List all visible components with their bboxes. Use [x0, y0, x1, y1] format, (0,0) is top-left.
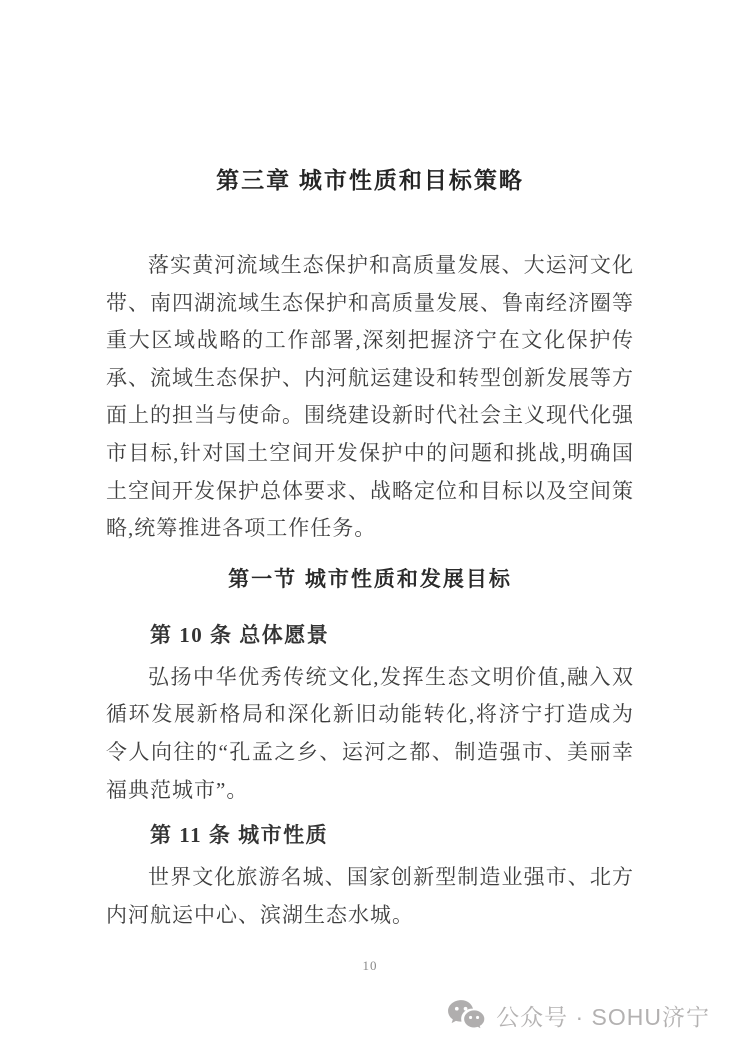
intro-paragraph: 落实黄河流域生态保护和高质量发展、大运河文化带、南四湖流域生态保护和高质量发展、…: [106, 247, 634, 548]
article-10: 第 10 条 总体愿景 弘扬中华优秀传统文化,发挥生态文明价值,融入双循环发展新…: [106, 621, 634, 809]
document-page: 第三章 城市性质和目标策略 落实黄河流域生态保护和高质量发展、大运河文化带、南四…: [0, 0, 740, 1047]
page-number: 10: [0, 958, 740, 974]
footer-watermark: 公众号 · SOHU济宁: [447, 999, 710, 1032]
wechat-icon: [447, 999, 486, 1032]
article-11: 第 11 条 城市性质 世界文化旅游名城、国家创新型制造业强市、北方内河航运中心…: [106, 821, 634, 934]
article-10-heading: 第 10 条 总体愿景: [106, 621, 634, 649]
chapter-title: 第三章 城市性质和目标策略: [106, 166, 634, 196]
article-11-body: 世界文化旅游名城、国家创新型制造业强市、北方内河航运中心、滨湖生态水城。: [106, 859, 634, 934]
section-title: 第一节 城市性质和发展目标: [106, 565, 634, 595]
article-11-heading: 第 11 条 城市性质: [106, 821, 634, 849]
article-10-body: 弘扬中华优秀传统文化,发挥生态文明价值,融入双循环发展新格局和深化新旧动能转化,…: [106, 659, 634, 809]
footer-text: 公众号 · SOHU济宁: [496, 999, 710, 1032]
